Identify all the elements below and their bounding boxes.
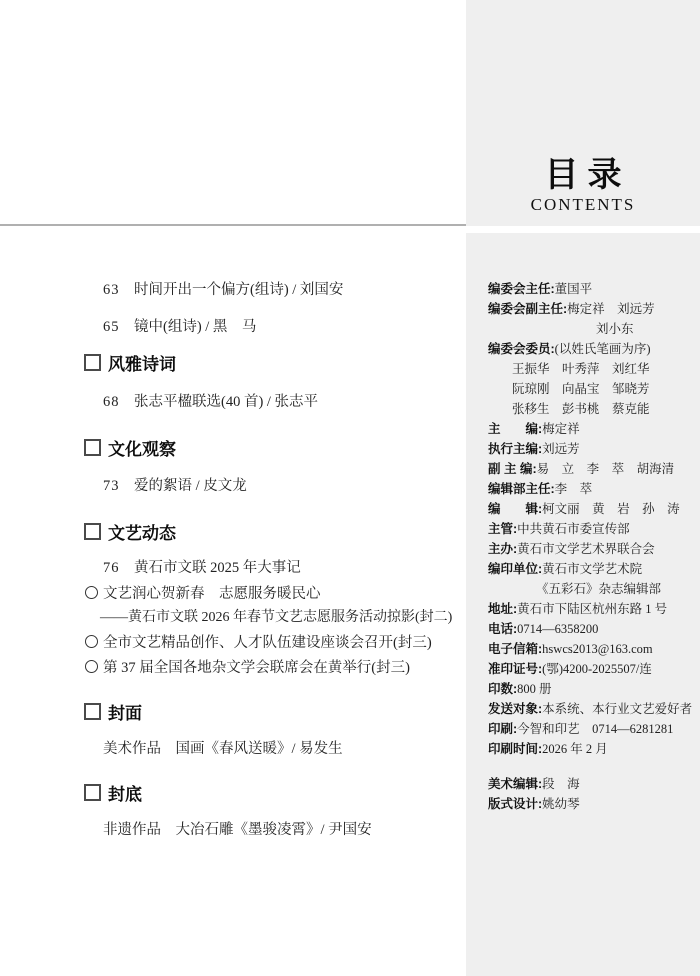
masthead-row: 编委会委员:(以姓氏笔画为序) <box>488 343 696 356</box>
masthead-label: 副 主 编: <box>488 462 537 476</box>
page-number: 63 <box>103 280 134 300</box>
toc-section-header: 文艺动态 <box>0 523 550 544</box>
masthead-label: 版式设计: <box>488 797 542 811</box>
masthead-row-names: 王振华 叶秀萍 刘红华 <box>488 363 696 376</box>
entry-title: 黄石市文联 2025 年大事记 <box>134 560 301 576</box>
masthead-row: 编委会副主任:梅定祥 刘远芳 <box>488 303 696 316</box>
masthead-value: hswcs2013@163.com <box>542 642 652 656</box>
masthead-row: 美术编辑:段 海 <box>488 778 696 791</box>
toc-bulleted-item: 第 37 届全国各地杂文学会联席会在黄举行(封三) <box>0 658 551 678</box>
toc-entry-subtitle: ——黄石市文联 2026 年春节文艺志愿服务活动掠影(封二) <box>0 608 566 628</box>
masthead-row: 印数:800 册 <box>488 683 696 696</box>
masthead-value: 《五彩石》杂志编辑部 <box>536 582 661 596</box>
masthead-row: 执行主编:刘远芳 <box>488 443 696 456</box>
section-square-icon <box>84 784 101 801</box>
masthead-row: 印刷时间:2026 年 2 月 <box>488 743 696 756</box>
masthead-value: 今智和印艺 0714—6281281 <box>517 722 673 736</box>
masthead-row-names: 阮琼刚 向晶宝 邹晓芳 <box>488 383 696 396</box>
masthead-row: 副 主 编:易 立 李 萃 胡海清 <box>488 463 696 476</box>
masthead-label: 主管: <box>488 522 517 536</box>
masthead-label: 编委会主任: <box>488 282 555 296</box>
entry-subtitle: ——黄石市文联 2026 年春节文艺志愿服务活动掠影(封二) <box>100 610 452 625</box>
toc-entry: 65镜中(组诗) / 黑 马 <box>0 317 569 337</box>
page-number: 73 <box>103 476 134 496</box>
masthead-value: 黄石市下陆区杭州东路 1 号 <box>517 602 667 616</box>
masthead-value: 0714—6358200 <box>517 622 598 636</box>
page-title-en: CONTENTS <box>466 195 700 215</box>
toc-section-header: 封面 <box>0 703 550 724</box>
masthead-value: 张移生 彭书桃 蔡克能 <box>512 402 650 416</box>
masthead-label: 印数: <box>488 682 517 696</box>
masthead-label: 准印证号: <box>488 662 542 676</box>
masthead-value: 800 册 <box>517 682 551 696</box>
entry-title: 爱的絮语 / 皮文龙 <box>134 478 247 494</box>
entry-title: 时间开出一个偏方(组诗) / 刘国安 <box>134 282 343 298</box>
masthead-info: 编委会主任:董国平 编委会副主任:梅定祥 刘远芳 刘小东 编委会委员:(以姓氏笔… <box>488 283 696 818</box>
masthead-label: 编印单位: <box>488 562 542 576</box>
masthead-row: 电话:0714—6358200 <box>488 623 696 636</box>
table-of-contents: 63时间开出一个偏方(组诗) / 刘国安 65镜中(组诗) / 黑 马 风雅诗词… <box>0 0 466 976</box>
masthead-value: (以姓氏笔画为序) <box>555 342 651 356</box>
toc-section-header: 风雅诗词 <box>0 354 550 375</box>
section-title: 封面 <box>108 704 142 723</box>
masthead-value: 董国平 <box>555 282 593 296</box>
page-number: 68 <box>103 392 134 412</box>
page-number: 76 <box>103 558 134 578</box>
toc-entry: 76黄石市文联 2025 年大事记 <box>0 558 569 578</box>
masthead-value: 柯文丽 黄 岩 孙 涛 <box>542 502 680 516</box>
masthead-value: 黄石市文学艺术院 <box>542 562 642 576</box>
toc-section-header: 封底 <box>0 784 550 805</box>
page-number: 65 <box>103 317 134 337</box>
masthead-value: 王振华 叶秀萍 刘红华 <box>512 362 650 376</box>
circle-bullet-icon <box>85 586 98 599</box>
masthead-label: 编委会委员: <box>488 342 555 356</box>
masthead-label: 主办: <box>488 542 517 556</box>
masthead-row: 编辑部主任:李 萃 <box>488 483 696 496</box>
entry-title: 文艺润心贺新春 志愿服务暖民心 <box>103 586 321 602</box>
toc-entry: 美术作品 国画《春风送暖》/ 易发生 <box>0 739 569 759</box>
masthead-value: 梅定祥 <box>542 422 580 436</box>
toc-bulleted-item: 文艺润心贺新春 志愿服务暖民心 <box>0 584 551 604</box>
masthead-value: 阮琼刚 向晶宝 邹晓芳 <box>512 382 650 396</box>
masthead-value: 易 立 李 萃 胡海清 <box>537 462 675 476</box>
masthead-row: 地址:黄石市下陆区杭州东路 1 号 <box>488 603 696 616</box>
masthead-row: 准印证号:(鄂)4200-2025507/连 <box>488 663 696 676</box>
masthead-value: 段 海 <box>542 777 580 791</box>
masthead-row: 编印单位:黄石市文学艺术院 <box>488 563 696 576</box>
masthead-label: 电话: <box>488 622 517 636</box>
entry-title: 镜中(组诗) / 黑 马 <box>134 319 256 335</box>
masthead-label: 地址: <box>488 602 517 616</box>
entry-title: 非遗作品 大冶石雕《墨骏凌霄》/ 尹国安 <box>103 822 372 838</box>
masthead-label: 编委会副主任: <box>488 302 567 316</box>
masthead-label: 印刷: <box>488 722 517 736</box>
masthead-row: 版式设计:姚幼琴 <box>488 798 696 811</box>
section-title: 文化观察 <box>108 440 176 459</box>
toc-entry: 63时间开出一个偏方(组诗) / 刘国安 <box>0 280 569 300</box>
entry-title: 美术作品 国画《春风送暖》/ 易发生 <box>103 741 343 757</box>
masthead-value: 姚幼琴 <box>542 797 580 811</box>
section-title: 文艺动态 <box>108 524 176 543</box>
toc-entry: 非遗作品 大冶石雕《墨骏凌霄》/ 尹国安 <box>0 820 569 840</box>
section-square-icon <box>84 523 101 540</box>
masthead-row: 发送对象:本系统、本行业文艺爱好者 <box>488 703 696 716</box>
toc-bulleted-item: 全市文艺精品创作、人才队伍建设座谈会召开(封三) <box>0 633 551 653</box>
masthead-label: 印刷时间: <box>488 742 542 756</box>
section-square-icon <box>84 439 101 456</box>
masthead-row: 主办:黄石市文学艺术界联合会 <box>488 543 696 556</box>
contents-title-block: 目录 CONTENTS <box>466 156 700 215</box>
masthead-value: 梅定祥 刘远芳 <box>567 302 655 316</box>
page-title-cn: 目录 <box>466 156 700 194</box>
masthead-row: 主 编:梅定祥 <box>488 423 696 436</box>
masthead-row-names: 张移生 彭书桃 蔡克能 <box>488 403 696 416</box>
masthead-value: 刘远芳 <box>542 442 580 456</box>
masthead-label: 电子信箱: <box>488 642 542 656</box>
masthead-label: 编辑部主任: <box>488 482 555 496</box>
masthead-label: 主 编: <box>488 422 542 436</box>
entry-title: 全市文艺精品创作、人才队伍建设座谈会召开(封三) <box>103 635 432 651</box>
masthead-row-continuation: 《五彩石》杂志编辑部 <box>488 583 696 596</box>
masthead-row: 电子信箱:hswcs2013@163.com <box>488 643 696 656</box>
entry-title: 第 37 届全国各地杂文学会联席会在黄举行(封三) <box>103 660 410 676</box>
masthead-label: 编 辑: <box>488 502 542 516</box>
masthead-row: 主管:中共黄石市委宣传部 <box>488 523 696 536</box>
masthead-value: 刘小东 <box>596 322 634 336</box>
masthead-label: 执行主编: <box>488 442 542 456</box>
toc-entry: 68张志平楹联选(40 首) / 张志平 <box>0 392 569 412</box>
masthead-label: 美术编辑: <box>488 777 542 791</box>
entry-title: 张志平楹联选(40 首) / 张志平 <box>134 394 318 410</box>
circle-bullet-icon <box>85 660 98 673</box>
masthead-value: 本系统、本行业文艺爱好者 <box>542 702 692 716</box>
section-square-icon <box>84 354 101 371</box>
masthead-row-continuation: 刘小东 <box>488 323 696 336</box>
masthead-value: 李 萃 <box>555 482 593 496</box>
masthead-row: 印刷:今智和印艺 0714—6281281 <box>488 723 696 736</box>
masthead-label: 发送对象: <box>488 702 542 716</box>
masthead-value: (鄂)4200-2025507/连 <box>542 662 652 676</box>
section-title: 风雅诗词 <box>108 355 176 374</box>
masthead-value: 2026 年 2 月 <box>542 742 608 756</box>
toc-section-header: 文化观察 <box>0 439 550 460</box>
masthead-row: 编委会主任:董国平 <box>488 283 696 296</box>
masthead-value: 中共黄石市委宣传部 <box>517 522 630 536</box>
section-title: 封底 <box>108 785 142 804</box>
circle-bullet-icon <box>85 635 98 648</box>
toc-entry: 73爱的絮语 / 皮文龙 <box>0 476 569 496</box>
section-square-icon <box>84 703 101 720</box>
masthead-value: 黄石市文学艺术界联合会 <box>517 542 655 556</box>
right-column-gap <box>466 226 700 233</box>
masthead-row: 编 辑:柯文丽 黄 岩 孙 涛 <box>488 503 696 516</box>
